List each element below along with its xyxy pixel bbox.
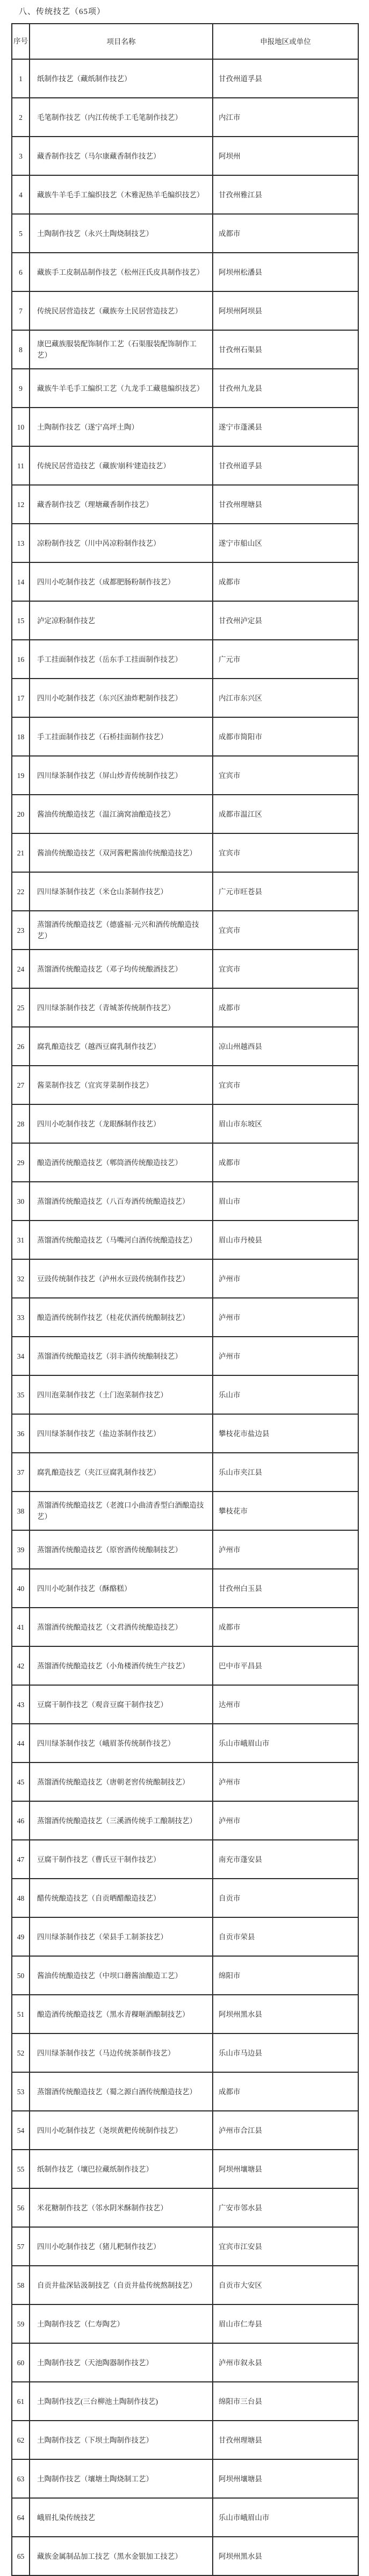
- table-row: 58 自贡井盐深钻汲制技艺（自贡井盐传统熬制技艺） 自贡市大安区: [12, 2266, 358, 2304]
- table-row: 33 酿造酒传统制作技艺（桂花伏酒传统酿制技艺） 泸州市: [12, 1298, 358, 1337]
- column-header-project-name: 项目名称: [30, 24, 213, 59]
- row-index-cell: 57: [12, 2227, 30, 2266]
- project-name-cell: 传统民居营造技艺（藏族'崩科'建造技艺）: [30, 446, 213, 485]
- table-row: 3 藏香制作技艺（马尔康藏香制作技艺） 阿坝州: [12, 137, 358, 175]
- table-row: 50 酱油传统酿造技艺（中坝口蘑酱油酿造工艺） 绵阳市: [12, 1956, 358, 1995]
- table-row: 7 传统民居营造技艺（藏族夯土民居营造技艺） 阿坝州阿坝县: [12, 291, 358, 330]
- project-name-cell: 藏族牛羊毛手工编织技艺（木雅泥热羊毛编织技艺）: [30, 175, 213, 214]
- row-index-cell: 11: [12, 446, 30, 485]
- row-index-cell: 8: [12, 330, 30, 369]
- row-index-cell: 50: [12, 1956, 30, 1995]
- project-name-cell: 四川绿茶制作技艺（屏山炒青传统制作技艺）: [30, 756, 213, 795]
- row-index-cell: 49: [12, 1917, 30, 1956]
- project-name-cell: 豆腐干制作技艺（观音豆腐干制作技艺）: [30, 1685, 213, 1724]
- region-unit-cell: 凉山州越西县: [213, 1027, 358, 1066]
- row-index-cell: 51: [12, 1995, 30, 2033]
- region-unit-cell: 眉山市仁寿县: [213, 2304, 358, 2343]
- project-name-cell: 蒸馏酒传统酿造技艺（八百寿酒传统酿造技艺）: [30, 1182, 213, 1221]
- header-row: 序号 项目名称 申报地区或单位: [12, 24, 358, 59]
- row-index-cell: 41: [12, 1608, 30, 1646]
- table-row: 16 手工挂面制作技艺（岳东手工挂面制作技艺） 广元市: [12, 640, 358, 679]
- row-index-cell: 40: [12, 1569, 30, 1608]
- table-row: 64 峨眉扎染传统技艺 乐山市峨眉山市: [12, 2498, 358, 2537]
- region-unit-cell: 成都市简阳市: [213, 717, 358, 756]
- row-index-cell: 58: [12, 2266, 30, 2304]
- region-unit-cell: 阿坝州松潘县: [213, 253, 358, 291]
- region-unit-cell: 成都市: [213, 1608, 358, 1646]
- table-row: 23 蒸馏酒传统酿造技艺（德盛福·元兴和酒传统酿造技艺） 宜宾市: [12, 911, 358, 950]
- table-row: 10 土陶制作技艺（遂宁高坪土陶） 遂宁市蓬溪县: [12, 408, 358, 446]
- table-row: 29 酿造酒传统酿造技艺（郫筒酒传统酿造技艺） 成都市: [12, 1143, 358, 1182]
- table-row: 38 蒸馏酒传统酿造技艺（老渡口小曲清香型白酒酿造技艺） 攀枝花市: [12, 1492, 358, 1530]
- project-name-cell: 四川绿茶制作技艺（青城茶传统制作技艺）: [30, 988, 213, 1027]
- project-name-cell: 土陶制作技艺（下坝土陶制作技艺）: [30, 2421, 213, 2459]
- region-unit-cell: 广安市邻水县: [213, 2188, 358, 2227]
- project-name-cell: 蒸馏酒传统酿造技艺（邓子均传统酿酒技艺）: [30, 950, 213, 988]
- region-unit-cell: 宜宾市江安县: [213, 2227, 358, 2266]
- row-index-cell: 52: [12, 2033, 30, 2072]
- project-name-cell: 藏香制作技艺（马尔康藏香制作技艺）: [30, 137, 213, 175]
- project-name-cell: 康巴藏族服装配饰制作工艺（石渠服装配饰制作工艺）: [30, 330, 213, 369]
- row-index-cell: 44: [12, 1724, 30, 1762]
- region-unit-cell: 阿坝州壤塘县: [213, 2150, 358, 2188]
- table-row: 60 土陶制作技艺（天池陶器制作技艺） 泸州市叙永县: [12, 2343, 358, 2382]
- project-name-cell: 藏族手工皮制品制作技艺（松州汪氏皮具制作技艺）: [30, 253, 213, 291]
- region-unit-cell: 宜宾市: [213, 1066, 358, 1104]
- region-unit-cell: 成都市: [213, 1143, 358, 1182]
- project-name-cell: 手工挂面制作技艺（岳东手工挂面制作技艺）: [30, 640, 213, 679]
- row-index-cell: 46: [12, 1801, 30, 1840]
- project-name-cell: 酿造酒传统制作技艺（桂花伏酒传统酿制技艺）: [30, 1298, 213, 1337]
- table-row: 53 蒸馏酒传统酿造技艺（蜀之源白酒传统酿造技艺） 成都市: [12, 2072, 358, 2111]
- row-index-cell: 54: [12, 2111, 30, 2150]
- row-index-cell: 5: [12, 214, 30, 253]
- table-row: 32 豆豉传统制作技艺（泸州水豆豉传统制作技艺） 泸州市: [12, 1259, 358, 1298]
- table-row: 36 四川绿茶制作技艺（盐边茶制作技艺） 攀枝花市盐边县: [12, 1414, 358, 1453]
- project-name-cell: 四川绿茶制作技艺（荣县手工制茶技艺）: [30, 1917, 213, 1956]
- table-row: 51 酿造酒传统酿造技艺（黑水青稞咂酒酿制技艺） 阿坝州黑水县: [12, 1995, 358, 2033]
- project-name-cell: 酱油传统酿造技艺（双河酱粑酱油传统酿造技艺）: [30, 833, 213, 872]
- table-row: 15 泸定凉粉制作技艺 甘孜州泸定县: [12, 601, 358, 640]
- project-name-cell: 四川小吃制作技艺（龙眼酥制作技艺）: [30, 1104, 213, 1143]
- region-unit-cell: 甘孜州九龙县: [213, 369, 358, 408]
- region-unit-cell: 泸州市: [213, 1259, 358, 1298]
- row-index-cell: 33: [12, 1298, 30, 1337]
- region-unit-cell: 绵阳市三台县: [213, 2382, 358, 2421]
- project-name-cell: 四川绿茶制作技艺（盐边茶制作技艺）: [30, 1414, 213, 1453]
- project-name-cell: 手工挂面制作技艺（石桥挂面制作技艺）: [30, 717, 213, 756]
- project-name-cell: 四川小吃制作技艺（东兴区油炸粑制作技艺）: [30, 679, 213, 717]
- table-row: 13 凉粉制作技艺（川中呙凉粉制作技艺） 遂宁市船山区: [12, 524, 358, 562]
- region-unit-cell: 自贡市大安区: [213, 2266, 358, 2304]
- region-unit-cell: 泸州市: [213, 1762, 358, 1801]
- table-row: 44 四川绿茶制作技艺（峨眉茶传统制作技艺） 乐山市峨眉山市: [12, 1724, 358, 1762]
- project-name-cell: 四川小吃制作技艺（猪儿粑制作技艺）: [30, 2227, 213, 2266]
- table-row: 12 藏香制作技艺（理塘藏香制作技艺） 甘孜州理塘县: [12, 485, 358, 524]
- project-name-cell: 土陶制作技艺（遂宁高坪土陶）: [30, 408, 213, 446]
- row-index-cell: 4: [12, 175, 30, 214]
- row-index-cell: 2: [12, 98, 30, 137]
- project-name-cell: 土陶制作技艺(三台柳池土陶制作技艺): [30, 2382, 213, 2421]
- table-row: 55 纸制作技艺（壤巴拉藏纸制作技艺） 阿坝州壤塘县: [12, 2150, 358, 2188]
- region-unit-cell: 遂宁市船山区: [213, 524, 358, 562]
- region-unit-cell: 甘孜州雅江县: [213, 175, 358, 214]
- table-row: 24 蒸馏酒传统酿造技艺（邓子均传统酿酒技艺） 宜宾市: [12, 950, 358, 988]
- row-index-cell: 35: [12, 1375, 30, 1414]
- region-unit-cell: 泸州市: [213, 1801, 358, 1840]
- project-name-cell: 蒸馏酒传统酿造技艺（小角楼酒传统生产技艺）: [30, 1646, 213, 1685]
- region-unit-cell: 达州市: [213, 1685, 358, 1724]
- project-name-cell: 腐乳酿造技艺（夹江豆腐乳制作技艺）: [30, 1453, 213, 1492]
- project-name-cell: 藏族牛羊毛手工编织工艺（九龙手工藏毯编织技艺）: [30, 369, 213, 408]
- row-index-cell: 15: [12, 601, 30, 640]
- table-row: 63 土陶制作技艺（壤塘土陶烧制工艺） 阿坝州壤塘县: [12, 2459, 358, 2498]
- project-name-cell: 纸制作技艺（藏纸制作技艺）: [30, 59, 213, 98]
- project-name-cell: 腐乳酿造技艺（越西豆腐乳制作技艺）: [30, 1027, 213, 1066]
- table-row: 25 四川绿茶制作技艺（青城茶传统制作技艺） 成都市: [12, 988, 358, 1027]
- row-index-cell: 38: [12, 1492, 30, 1530]
- region-unit-cell: 甘孜州泸定县: [213, 601, 358, 640]
- row-index-cell: 30: [12, 1182, 30, 1221]
- table-row: 43 豆腐干制作技艺（观音豆腐干制作技艺） 达州市: [12, 1685, 358, 1724]
- row-index-cell: 56: [12, 2188, 30, 2227]
- table-row: 35 四川泡菜制作技艺（土门泡菜制作技艺） 乐山市: [12, 1375, 358, 1414]
- project-name-cell: 米花糖制作技艺（邻水阴米酥制作技艺）: [30, 2188, 213, 2227]
- region-unit-cell: 甘孜州道孚县: [213, 59, 358, 98]
- table-row: 31 蒸馏酒传统酿造技艺（马嘴河白酒传统酿造技艺） 眉山市丹棱县: [12, 1221, 358, 1259]
- row-index-cell: 53: [12, 2072, 30, 2111]
- project-name-cell: 蒸馏酒传统酿造技艺（羽丰酒传统酿制技艺）: [30, 1337, 213, 1375]
- table-row: 4 藏族牛羊毛手工编织技艺（木雅泥热羊毛编织技艺） 甘孜州雅江县: [12, 175, 358, 214]
- region-unit-cell: 甘孜州道孚县: [213, 446, 358, 485]
- table-row: 8 康巴藏族服装配饰制作工艺（石渠服装配饰制作工艺） 甘孜州石渠县: [12, 330, 358, 369]
- region-unit-cell: 乐山市: [213, 1375, 358, 1414]
- project-name-cell: 蒸馏酒传统酿造技艺（文君酒传统酿造技艺）: [30, 1608, 213, 1646]
- row-index-cell: 59: [12, 2304, 30, 2343]
- table-row: 59 土陶制作技艺（仁寿陶艺） 眉山市仁寿县: [12, 2304, 358, 2343]
- project-name-cell: 蒸馏酒传统酿造技艺（蜀之源白酒传统酿造技艺）: [30, 2072, 213, 2111]
- project-name-cell: 藏族金属制品加工技艺（黑水金银加工技艺）: [30, 2537, 213, 2575]
- table-row: 61 土陶制作技艺(三台柳池土陶制作技艺) 绵阳市三台县: [12, 2382, 358, 2421]
- region-unit-cell: 内江市东兴区: [213, 679, 358, 717]
- column-header-index: 序号: [12, 24, 30, 59]
- region-unit-cell: 泸州市: [213, 1298, 358, 1337]
- region-unit-cell: 攀枝花市: [213, 1492, 358, 1530]
- region-unit-cell: 阿坝州阿坝县: [213, 291, 358, 330]
- table-row: 9 藏族牛羊毛手工编织工艺（九龙手工藏毯编织技艺） 甘孜州九龙县: [12, 369, 358, 408]
- project-name-cell: 凉粉制作技艺（川中呙凉粉制作技艺）: [30, 524, 213, 562]
- table-row: 20 酱油传统酿造技艺（温江滴窝油酿造技艺） 成都市温江区: [12, 795, 358, 833]
- row-index-cell: 12: [12, 485, 30, 524]
- table-row: 18 手工挂面制作技艺（石桥挂面制作技艺） 成都市简阳市: [12, 717, 358, 756]
- row-index-cell: 9: [12, 369, 30, 408]
- table-row: 22 四川绿茶制作技艺（米仓山茶制作技艺） 广元市旺苍县: [12, 872, 358, 911]
- table-row: 40 四川小吃制作技艺（酥酪糕） 甘孜州白玉县: [12, 1569, 358, 1608]
- table-row: 46 蒸馏酒传统酿造技艺（三溪酒传统手工酿制技艺） 泸州市: [12, 1801, 358, 1840]
- row-index-cell: 25: [12, 988, 30, 1027]
- project-name-cell: 蒸馏酒传统酿造技艺（三溪酒传统手工酿制技艺）: [30, 1801, 213, 1840]
- region-unit-cell: 乐山市峨眉山市: [213, 2498, 358, 2537]
- row-index-cell: 36: [12, 1414, 30, 1453]
- row-index-cell: 20: [12, 795, 30, 833]
- row-index-cell: 55: [12, 2150, 30, 2188]
- row-index-cell: 47: [12, 1840, 30, 1879]
- region-unit-cell: 泸州市叙永县: [213, 2343, 358, 2382]
- region-unit-cell: 泸州市合江县: [213, 2111, 358, 2150]
- project-name-cell: 四川小吃制作技艺（成都肥肠粉制作技艺）: [30, 562, 213, 601]
- row-index-cell: 31: [12, 1221, 30, 1259]
- row-index-cell: 6: [12, 253, 30, 291]
- project-name-cell: 四川小吃制作技艺（酥酪糕）: [30, 1569, 213, 1608]
- table-row: 52 四川绿茶制作技艺（马边传统茶制作技艺） 乐山市马边县: [12, 2033, 358, 2072]
- row-index-cell: 64: [12, 2498, 30, 2537]
- row-index-cell: 43: [12, 1685, 30, 1724]
- document-page: 八、传统技艺（65项） 序号 项目名称 申报地区或单位 1 纸制作技艺（藏纸制作…: [0, 0, 369, 2576]
- region-unit-cell: 广元市旺苍县: [213, 872, 358, 911]
- region-unit-cell: 南充市蓬安县: [213, 1840, 358, 1879]
- table-row: 49 四川绿茶制作技艺（荣县手工制茶技艺） 自贡市荣县: [12, 1917, 358, 1956]
- region-unit-cell: 眉山市东坡区: [213, 1104, 358, 1143]
- region-unit-cell: 成都市温江区: [213, 795, 358, 833]
- row-index-cell: 34: [12, 1337, 30, 1375]
- row-index-cell: 18: [12, 717, 30, 756]
- project-name-cell: 自贡井盐深钻汲制技艺（自贡井盐传统熬制技艺）: [30, 2266, 213, 2304]
- project-name-cell: 蒸馏酒传统酿造技艺（唐朝老窖传统酿制技艺）: [30, 1762, 213, 1801]
- table-row: 48 醋传统酿造技艺（自贡晒醋酿造技艺） 自贡市: [12, 1879, 358, 1917]
- row-index-cell: 24: [12, 950, 30, 988]
- project-name-cell: 传统民居营造技艺（藏族夯土民居营造技艺）: [30, 291, 213, 330]
- row-index-cell: 7: [12, 291, 30, 330]
- table-row: 45 蒸馏酒传统酿造技艺（唐朝老窖传统酿制技艺） 泸州市: [12, 1762, 358, 1801]
- region-unit-cell: 宜宾市: [213, 833, 358, 872]
- region-unit-cell: 自贡市荣县: [213, 1917, 358, 1956]
- region-unit-cell: 乐山市峨眉山市: [213, 1724, 358, 1762]
- region-unit-cell: 成都市: [213, 562, 358, 601]
- project-name-cell: 土陶制作技艺（永兴土陶烧制技艺）: [30, 214, 213, 253]
- table-row: 54 四川小吃制作技艺（尧坝黄粑传统制作技艺） 泸州市合江县: [12, 2111, 358, 2150]
- section-title: 八、传统技艺（65项）: [19, 5, 369, 17]
- table-row: 56 米花糖制作技艺（邻水阴米酥制作技艺） 广安市邻水县: [12, 2188, 358, 2227]
- table-row: 17 四川小吃制作技艺（东兴区油炸粑制作技艺） 内江市东兴区: [12, 679, 358, 717]
- row-index-cell: 60: [12, 2343, 30, 2382]
- table-row: 28 四川小吃制作技艺（龙眼酥制作技艺） 眉山市东坡区: [12, 1104, 358, 1143]
- region-unit-cell: 甘孜州石渠县: [213, 330, 358, 369]
- project-name-cell: 土陶制作技艺（天池陶器制作技艺）: [30, 2343, 213, 2382]
- row-index-cell: 27: [12, 1066, 30, 1104]
- table-row: 57 四川小吃制作技艺（猪儿粑制作技艺） 宜宾市江安县: [12, 2227, 358, 2266]
- row-index-cell: 39: [12, 1530, 30, 1569]
- project-name-cell: 酿造酒传统酿造技艺（黑水青稞咂酒酿制技艺）: [30, 1995, 213, 2033]
- project-name-cell: 酱菜制作技艺（宜宾芽菜制作技艺）: [30, 1066, 213, 1104]
- project-name-cell: 四川绿茶制作技艺（米仓山茶制作技艺）: [30, 872, 213, 911]
- region-unit-cell: 阿坝州壤塘县: [213, 2459, 358, 2498]
- project-name-cell: 酿造酒传统酿造技艺（郫筒酒传统酿造技艺）: [30, 1143, 213, 1182]
- region-unit-cell: 成都市: [213, 988, 358, 1027]
- project-name-cell: 酱油传统酿造技艺（温江滴窝油酿造技艺）: [30, 795, 213, 833]
- table-row: 65 藏族金属制品加工技艺（黑水金银加工技艺） 阿坝州黑水县: [12, 2537, 358, 2575]
- region-unit-cell: 宜宾市: [213, 756, 358, 795]
- region-unit-cell: 内江市: [213, 98, 358, 137]
- row-index-cell: 16: [12, 640, 30, 679]
- project-name-cell: 泸定凉粉制作技艺: [30, 601, 213, 640]
- project-name-cell: 醋传统酿造技艺（自贡晒醋酿造技艺）: [30, 1879, 213, 1917]
- project-name-cell: 四川绿茶制作技艺（峨眉茶传统制作技艺）: [30, 1724, 213, 1762]
- table-row: 19 四川绿茶制作技艺（屏山炒青传统制作技艺） 宜宾市: [12, 756, 358, 795]
- row-index-cell: 42: [12, 1646, 30, 1685]
- table-row: 37 腐乳酿造技艺（夹江豆腐乳制作技艺） 乐山市夹江县: [12, 1453, 358, 1492]
- project-name-cell: 毛笔制作技艺（内江传统手工毛笔制作技艺）: [30, 98, 213, 137]
- row-index-cell: 13: [12, 524, 30, 562]
- project-name-cell: 四川绿茶制作技艺（马边传统茶制作技艺）: [30, 2033, 213, 2072]
- project-name-cell: 豆腐干制作技艺（曹氏豆干制作技艺）: [30, 1840, 213, 1879]
- table-row: 47 豆腐干制作技艺（曹氏豆干制作技艺） 南充市蓬安县: [12, 1840, 358, 1879]
- table-row: 2 毛笔制作技艺（内江传统手工毛笔制作技艺） 内江市: [12, 98, 358, 137]
- region-unit-cell: 甘孜州理塘县: [213, 2421, 358, 2459]
- table-row: 21 酱油传统酿造技艺（双河酱粑酱油传统酿造技艺） 宜宾市: [12, 833, 358, 872]
- row-index-cell: 29: [12, 1143, 30, 1182]
- region-unit-cell: 乐山市夹江县: [213, 1453, 358, 1492]
- project-name-cell: 蒸馏酒传统酿造技艺（马嘴河白酒传统酿造技艺）: [30, 1221, 213, 1259]
- table-row: 42 蒸馏酒传统酿造技艺（小角楼酒传统生产技艺） 巴中市平昌县: [12, 1646, 358, 1685]
- row-index-cell: 21: [12, 833, 30, 872]
- region-unit-cell: 泸州市: [213, 1530, 358, 1569]
- table-row: 14 四川小吃制作技艺（成都肥肠粉制作技艺） 成都市: [12, 562, 358, 601]
- project-name-cell: 蒸馏酒传统酿造技艺（德盛福·元兴和酒传统酿造技艺）: [30, 911, 213, 950]
- region-unit-cell: 泸州市: [213, 1337, 358, 1375]
- region-unit-cell: 成都市: [213, 2072, 358, 2111]
- region-unit-cell: 巴中市平昌县: [213, 1646, 358, 1685]
- project-name-cell: 四川泡菜制作技艺（土门泡菜制作技艺）: [30, 1375, 213, 1414]
- region-unit-cell: 宜宾市: [213, 950, 358, 988]
- row-index-cell: 10: [12, 408, 30, 446]
- row-index-cell: 23: [12, 911, 30, 950]
- row-index-cell: 48: [12, 1879, 30, 1917]
- table-row: 30 蒸馏酒传统酿造技艺（八百寿酒传统酿造技艺） 眉山市: [12, 1182, 358, 1221]
- row-index-cell: 19: [12, 756, 30, 795]
- column-header-region-unit: 申报地区或单位: [213, 24, 358, 59]
- row-index-cell: 32: [12, 1259, 30, 1298]
- table-row: 39 蒸馏酒传统酿造技艺（原窖酒传统酿制技艺） 泸州市: [12, 1530, 358, 1569]
- table-row: 1 纸制作技艺（藏纸制作技艺） 甘孜州道孚县: [12, 59, 358, 98]
- table-row: 41 蒸馏酒传统酿造技艺（文君酒传统酿造技艺） 成都市: [12, 1608, 358, 1646]
- row-index-cell: 26: [12, 1027, 30, 1066]
- table-body: 1 纸制作技艺（藏纸制作技艺） 甘孜州道孚县 2 毛笔制作技艺（内江传统手工毛笔…: [12, 59, 358, 2575]
- table-header: 序号 项目名称 申报地区或单位: [12, 24, 358, 59]
- region-unit-cell: 自贡市: [213, 1879, 358, 1917]
- project-name-cell: 四川小吃制作技艺（尧坝黄粑传统制作技艺）: [30, 2111, 213, 2150]
- table-row: 27 酱菜制作技艺（宜宾芽菜制作技艺） 宜宾市: [12, 1066, 358, 1104]
- region-unit-cell: 宜宾市: [213, 911, 358, 950]
- region-unit-cell: 眉山市: [213, 1182, 358, 1221]
- table-row: 6 藏族手工皮制品制作技艺（松州汪氏皮具制作技艺） 阿坝州松潘县: [12, 253, 358, 291]
- region-unit-cell: 广元市: [213, 640, 358, 679]
- project-name-cell: 酱油传统酿造技艺（中坝口蘑酱油酿造工艺）: [30, 1956, 213, 1995]
- project-name-cell: 蒸馏酒传统酿造技艺（原窖酒传统酿制技艺）: [30, 1530, 213, 1569]
- row-index-cell: 62: [12, 2421, 30, 2459]
- row-index-cell: 1: [12, 59, 30, 98]
- row-index-cell: 28: [12, 1104, 30, 1143]
- table-row: 11 传统民居营造技艺（藏族'崩科'建造技艺） 甘孜州道孚县: [12, 446, 358, 485]
- row-index-cell: 61: [12, 2382, 30, 2421]
- region-unit-cell: 遂宁市蓬溪县: [213, 408, 358, 446]
- table-row: 34 蒸馏酒传统酿造技艺（羽丰酒传统酿制技艺） 泸州市: [12, 1337, 358, 1375]
- row-index-cell: 14: [12, 562, 30, 601]
- region-unit-cell: 攀枝花市盐边县: [213, 1414, 358, 1453]
- table-row: 5 土陶制作技艺（永兴土陶烧制技艺） 成都市: [12, 214, 358, 253]
- project-name-cell: 土陶制作技艺（壤塘土陶烧制工艺）: [30, 2459, 213, 2498]
- region-unit-cell: 甘孜州白玉县: [213, 1569, 358, 1608]
- row-index-cell: 63: [12, 2459, 30, 2498]
- project-name-cell: 豆豉传统制作技艺（泸州水豆豉传统制作技艺）: [30, 1259, 213, 1298]
- row-index-cell: 65: [12, 2537, 30, 2575]
- region-unit-cell: 乐山市马边县: [213, 2033, 358, 2072]
- row-index-cell: 45: [12, 1762, 30, 1801]
- region-unit-cell: 绵阳市: [213, 1956, 358, 1995]
- project-name-cell: 土陶制作技艺（仁寿陶艺）: [30, 2304, 213, 2343]
- row-index-cell: 37: [12, 1453, 30, 1492]
- region-unit-cell: 眉山市丹棱县: [213, 1221, 358, 1259]
- region-unit-cell: 阿坝州: [213, 137, 358, 175]
- project-name-cell: 峨眉扎染传统技艺: [30, 2498, 213, 2537]
- project-name-cell: 藏香制作技艺（理塘藏香制作技艺）: [30, 485, 213, 524]
- region-unit-cell: 阿坝州黑水县: [213, 1995, 358, 2033]
- region-unit-cell: 成都市: [213, 214, 358, 253]
- region-unit-cell: 甘孜州理塘县: [213, 485, 358, 524]
- row-index-cell: 22: [12, 872, 30, 911]
- region-unit-cell: 阿坝州黑水县: [213, 2537, 358, 2575]
- project-name-cell: 纸制作技艺（壤巴拉藏纸制作技艺）: [30, 2150, 213, 2188]
- row-index-cell: 3: [12, 137, 30, 175]
- heritage-items-table: 序号 项目名称 申报地区或单位 1 纸制作技艺（藏纸制作技艺） 甘孜州道孚县 2…: [11, 23, 359, 2576]
- table-row: 26 腐乳酿造技艺（越西豆腐乳制作技艺） 凉山州越西县: [12, 1027, 358, 1066]
- row-index-cell: 17: [12, 679, 30, 717]
- project-name-cell: 蒸馏酒传统酿造技艺（老渡口小曲清香型白酒酿造技艺）: [30, 1492, 213, 1530]
- table-row: 62 土陶制作技艺（下坝土陶制作技艺） 甘孜州理塘县: [12, 2421, 358, 2459]
